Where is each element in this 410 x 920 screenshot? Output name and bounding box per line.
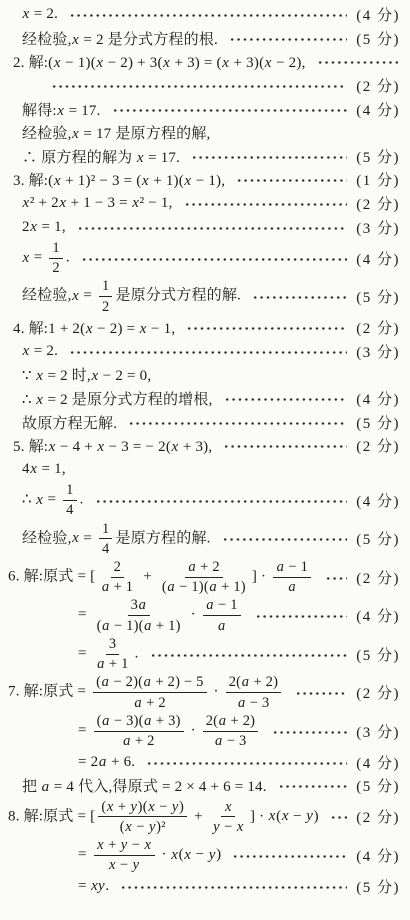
fraction-numerator: (a − 3)(a + 3) [94, 712, 184, 732]
fraction-denominator: a − 3 [211, 732, 249, 751]
score-label: (2 分) [356, 317, 400, 338]
fraction-numerator: (a − 2)(a + 2) − 5 [93, 673, 206, 693]
solution-text: = x + y − xx − y · x(x − y) [78, 836, 221, 874]
solution-text: 经检验,x = 14是原方程的解. [22, 520, 211, 558]
fraction-numerator: a + 2 [185, 558, 223, 578]
dot-leader [223, 445, 347, 448]
dot-leader [295, 692, 347, 695]
fraction: (x + y)(x − y)(x − y)² [98, 798, 187, 836]
score-label: (4 分) [356, 99, 400, 120]
score-label: (4 分) [356, 490, 400, 511]
solution-line-10: 2x = 1,(3 分) [0, 215, 400, 239]
fraction-denominator: a [285, 578, 299, 597]
fraction-denominator: a + 2 [120, 732, 158, 751]
dot-leader [186, 327, 347, 330]
dot-leader [81, 258, 347, 261]
fraction: 14 [63, 481, 76, 519]
score-label: (4 分) [356, 388, 400, 409]
fraction-denominator: (x − y)² [117, 817, 169, 836]
solution-line-4: (2 分) [0, 74, 400, 98]
fraction: (a − 3)(a + 3)a + 2 [94, 712, 184, 750]
fraction-denominator: 2 [49, 259, 62, 278]
fraction-numerator: x + y − x [94, 836, 155, 856]
score-label: (4 分) [356, 605, 400, 626]
fraction-numerator: 3 [106, 635, 119, 655]
solution-text: x = 2. [22, 343, 58, 360]
fraction-denominator: (a − 1)(a + 1) [94, 616, 184, 635]
solution-text: x² + 2x + 1 − 3 = x² − 1, [22, 195, 173, 212]
fraction-denominator: 2 [99, 297, 112, 316]
fraction-denominator: a [214, 616, 228, 635]
fraction-numerator: x [221, 798, 235, 818]
fraction-denominator: a + 2 [131, 693, 169, 712]
fraction: 12 [49, 239, 62, 277]
fraction-numerator: 1 [99, 520, 112, 540]
solution-text: 5. 解:x − 4 + x − 3 = − 2(x + 3), [13, 435, 212, 456]
solution-text: 经检验,x = 2 是分式方程的根. [22, 28, 218, 49]
fraction-denominator: a + 1 [94, 655, 132, 674]
solution-text: = 3a + 1. [78, 635, 139, 673]
dot-leader [317, 61, 398, 64]
solution-line-3: 2. 解:(x − 1)(x − 2) + 3(x + 3) = (x + 3)… [0, 50, 400, 74]
solution-line-30: = x + y − xx − y · x(x − y)(4 分) [0, 836, 400, 874]
score-label: (4 分) [356, 248, 400, 269]
solution-line-11: x = 12.(4 分) [0, 239, 400, 277]
solution-text: = 2a + 6. [78, 754, 135, 771]
score-label: (1 分) [356, 169, 400, 190]
solution-text: x = 12. [22, 239, 70, 277]
solution-text: 2. 解:(x − 1)(x − 2) + 3(x + 3) = (x + 3)… [13, 51, 306, 72]
score-label: (3 分) [356, 341, 400, 362]
fraction: 14 [99, 520, 112, 558]
dot-leader [330, 816, 347, 819]
solution-text: 3. 解:(x + 1)² − 3 = (x + 1)(x − 1), [13, 169, 225, 190]
score-label: (5 分) [356, 146, 400, 167]
fraction: x + y − xx − y [94, 836, 155, 874]
solution-text: 解得:x = 17. [22, 99, 101, 120]
fraction-numerator: 1 [99, 277, 112, 297]
score-label: (2 分) [356, 193, 400, 214]
score-label: (5 分) [356, 286, 400, 307]
score-label: (2 分) [356, 435, 400, 456]
dot-leader [112, 109, 348, 112]
score-label: (2 分) [356, 682, 400, 703]
score-label: (5 分) [356, 644, 400, 665]
solution-text: 8. 解:原式 = [(x + y)(x − y)(x − y)² + xy −… [8, 798, 319, 836]
dot-leader [95, 500, 348, 503]
score-label: (5 分) [356, 876, 400, 897]
fraction-numerator: 2 [111, 558, 124, 578]
fraction: a − 1a [273, 558, 311, 596]
solution-line-14: x = 2.(3 分) [0, 339, 400, 363]
answer-sheet-page: x = 2.(4 分)经检验,x = 2 是分式方程的根.(5 分)2. 解:(… [0, 0, 410, 920]
fraction: 2a + 1 [98, 558, 136, 596]
fraction-denominator: a + 1 [98, 578, 136, 597]
dot-leader [191, 156, 347, 159]
solution-line-25: 7. 解:原式 = (a − 2)(a + 2) − 5a + 2 · 2(a … [0, 673, 400, 711]
fraction-numerator: (x + y)(x − y) [98, 798, 187, 818]
solution-text: ∵ x = 2 时,x − 2 = 0, [22, 364, 151, 385]
dot-leader [69, 351, 347, 354]
solution-line-9: x² + 2x + 1 − 3 = x² − 1,(2 分) [0, 192, 400, 216]
solution-text: 7. 解:原式 = (a − 2)(a + 2) − 5a + 2 · 2(a … [8, 673, 284, 711]
dot-leader [232, 855, 347, 858]
solution-text: 2x = 1, [22, 219, 66, 236]
solution-line-19: 4x = 1, [0, 457, 400, 481]
solution-text: ∴ x = 14. [22, 481, 84, 519]
fraction-denominator: a − 3 [234, 693, 272, 712]
solution-text: 经检验,x = 17 是原方程的解, [22, 122, 210, 143]
solution-line-17: 故原方程无解.(5 分) [0, 410, 400, 434]
solution-line-22: 6. 解:原式 = [2a + 1 + a + 2(a − 1)(a + 1)]… [0, 558, 400, 596]
fraction-denominator: (a − 1)(a + 1) [159, 578, 249, 597]
solution-text: = 3a(a − 1)(a + 1) · a − 1a [78, 596, 244, 634]
solution-text: ∴ x = 2 是原分式方程的增根, [22, 388, 213, 409]
solution-line-18: 5. 解:x − 4 + x − 3 = − 2(x + 3),(2 分) [0, 434, 400, 458]
score-label: (3 分) [356, 217, 400, 238]
fraction-numerator: 1 [49, 239, 62, 259]
solution-line-26: = (a − 3)(a + 3)a + 2 · 2(a + 2)a − 3(3 … [0, 712, 400, 750]
dot-leader [51, 85, 347, 88]
solution-line-2: 经检验,x = 2 是分式方程的根.(5 分) [0, 27, 400, 51]
fraction: a − 1a [203, 596, 241, 634]
dot-leader [146, 762, 347, 765]
score-label: (2 分) [356, 806, 400, 827]
solution-line-21: 经检验,x = 14是原方程的解.(5 分) [0, 520, 400, 558]
dot-leader [69, 14, 347, 17]
score-label: (5 分) [356, 528, 400, 549]
solution-line-5: 解得:x = 17.(4 分) [0, 97, 400, 121]
solution-text: = xy. [78, 878, 109, 895]
score-label: (5 分) [356, 775, 400, 796]
fraction: xy − x [210, 798, 247, 836]
dot-leader [252, 296, 347, 299]
solution-text: 6. 解:原式 = [2a + 1 + a + 2(a − 1)(a + 1)]… [8, 558, 314, 596]
fraction-numerator: 3a [128, 596, 150, 616]
solution-line-16: ∴ x = 2 是原分式方程的增根,(4 分) [0, 387, 400, 411]
dot-leader [229, 38, 347, 41]
score-label: (4 分) [356, 4, 400, 25]
dot-leader [272, 731, 347, 734]
dot-leader [184, 203, 348, 206]
fraction-numerator: 2(a + 2) [226, 673, 281, 693]
score-label: (3 分) [356, 721, 400, 742]
fraction: 3a(a − 1)(a + 1) [94, 596, 184, 634]
fraction: 3a + 1 [94, 635, 132, 673]
solution-line-8: 3. 解:(x + 1)² − 3 = (x + 1)(x − 1),(1 分) [0, 168, 400, 192]
solution-line-7: ∴ 原方程的解为 x = 17.(5 分) [0, 145, 400, 169]
dot-leader [278, 785, 348, 788]
solution-line-12: 经检验,x = 12是原分式方程的解.(5 分) [0, 277, 400, 315]
solution-line-20: ∴ x = 14.(4 分) [0, 481, 400, 519]
dot-leader [224, 398, 348, 401]
solution-line-29: 8. 解:原式 = [(x + y)(x − y)(x − y)² + xy −… [0, 798, 400, 836]
solution-line-1: x = 2.(4 分) [0, 3, 400, 27]
fraction: 12 [99, 277, 112, 315]
solution-line-15: ∵ x = 2 时,x − 2 = 0, [0, 363, 400, 387]
fraction: a + 2(a − 1)(a + 1) [159, 558, 249, 596]
solution-line-13: 4. 解:1 + 2(x − 2) = x − 1,(2 分) [0, 316, 400, 340]
dot-leader [325, 577, 347, 580]
fraction: 2(a + 2)a − 3 [203, 712, 258, 750]
solution-text: 4. 解:1 + 2(x − 2) = x − 1, [13, 317, 175, 338]
fraction-numerator: a − 1 [203, 596, 241, 616]
fraction: (a − 2)(a + 2) − 5a + 2 [93, 673, 206, 711]
solution-line-31: = xy.(5 分) [0, 874, 400, 898]
fraction-numerator: 1 [63, 481, 76, 501]
score-label: (4 分) [356, 845, 400, 866]
solution-text: = (a − 3)(a + 3)a + 2 · 2(a + 2)a − 3 [78, 712, 261, 750]
fraction-numerator: 2(a + 2) [203, 712, 258, 732]
score-label: (5 分) [356, 412, 400, 433]
fraction: 2(a + 2)a − 3 [226, 673, 281, 711]
score-label: (5 分) [356, 28, 400, 49]
solution-text: ∴ 原方程的解为 x = 17. [22, 146, 180, 167]
solution-text: 把 a = 4 代入,得原式 = 2 × 4 + 6 = 14. [22, 775, 267, 796]
solution-text: 故原方程无解. [22, 412, 117, 433]
solution-text: 4x = 1, [22, 461, 66, 478]
dot-leader [128, 422, 347, 425]
solution-line-6: 经检验,x = 17 是原方程的解, [0, 121, 400, 145]
score-label: (2 分) [356, 567, 400, 588]
score-label: (4 分) [356, 752, 400, 773]
fraction-denominator: 4 [63, 501, 76, 520]
fraction-numerator: a − 1 [273, 558, 311, 578]
fraction-denominator: x − y [105, 856, 142, 875]
solution-text: 经检验,x = 12是原分式方程的解. [22, 277, 241, 315]
dot-leader [150, 654, 348, 657]
dot-leader [236, 179, 347, 182]
solution-line-27: = 2a + 6.(4 分) [0, 750, 400, 774]
dot-leader [222, 538, 348, 541]
fraction-denominator: y − x [210, 817, 247, 836]
dot-leader [77, 227, 347, 230]
dot-leader [120, 886, 347, 889]
solution-line-24: = 3a + 1.(5 分) [0, 635, 400, 673]
score-label: (2 分) [356, 75, 400, 96]
solution-line-28: 把 a = 4 代入,得原式 = 2 × 4 + 6 = 14.(5 分) [0, 774, 400, 798]
solution-text: x = 2. [22, 6, 58, 23]
solution-line-23: = 3a(a − 1)(a + 1) · a − 1a(4 分) [0, 596, 400, 634]
fraction-denominator: 4 [99, 539, 112, 558]
dot-leader [255, 615, 348, 618]
